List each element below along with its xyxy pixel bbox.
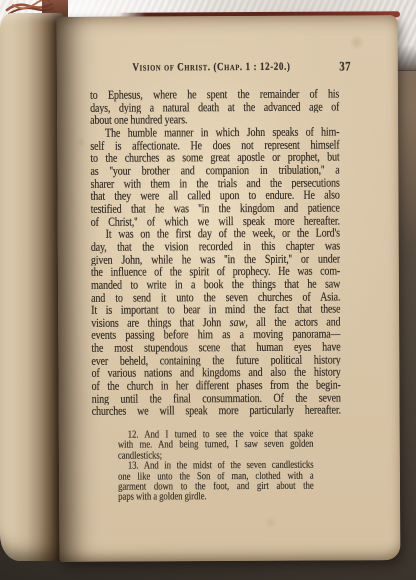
left-page-curl [0, 13, 64, 561]
text-line: paps with a golden girdle. [118, 492, 314, 503]
text-line: garment down to the foot, and girt about… [118, 482, 314, 493]
scripture-quote: 12. And I turned to see the voice that s… [118, 430, 314, 504]
running-title: Vision of Christ. (Chap. 1 : 12-20.) [87, 60, 336, 73]
book-page: Vision of Christ. (Chap. 1 : 12-20.) 37 … [57, 15, 401, 562]
body-text: to Ephesus, where he spent the remainder… [90, 87, 341, 417]
text-line: churches we will speak more particularly… [92, 404, 341, 418]
page-header: Vision of Christ. (Chap. 1 : 12-20.) 37 [87, 60, 336, 73]
page-number: 37 [339, 58, 351, 74]
text-line: days, dying a natural death at the advan… [90, 100, 339, 114]
book-photo-scene: Vision of Christ. (Chap. 1 : 12-20.) 37 … [0, 0, 416, 580]
text-line: with me. And being turned, I saw seven g… [118, 440, 314, 451]
